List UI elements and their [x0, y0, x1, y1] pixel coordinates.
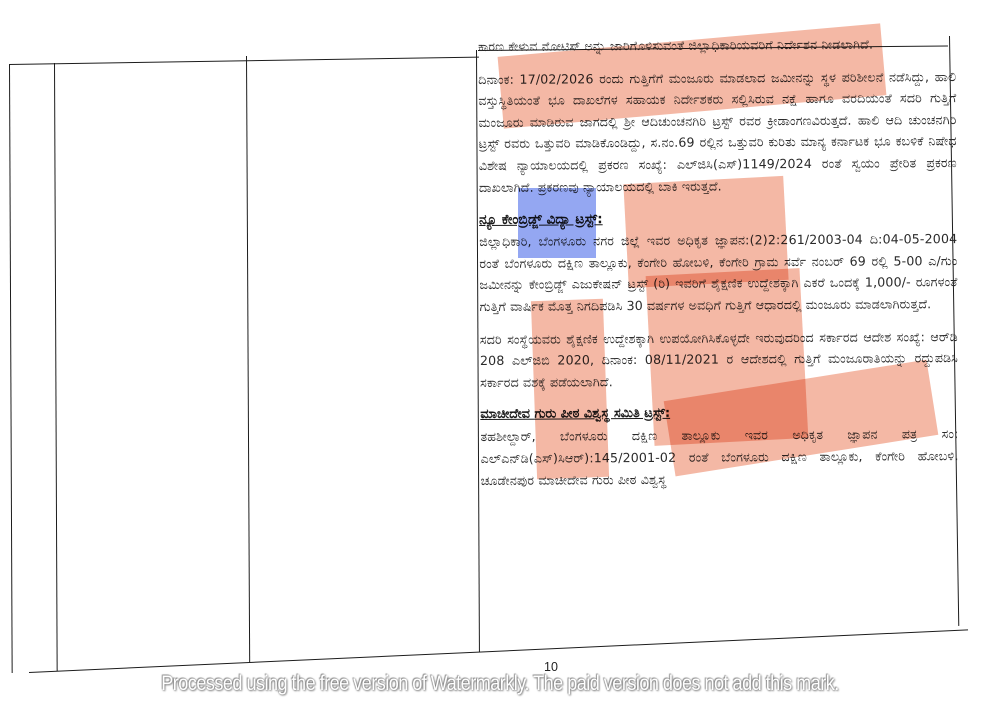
table-bottom-border	[29, 629, 968, 673]
redaction-highlight-blue	[518, 188, 596, 258]
watermark-text: Processed using the free version of Wate…	[70, 672, 930, 696]
table-column-line-3	[246, 56, 251, 662]
table-top-border-left	[9, 57, 479, 66]
redaction-highlight-left-column	[531, 299, 609, 479]
scanned-document-page: ಕಾರಣ ಕೇಳುವ ನೋಟಿಸ್ ಅನ್ನು ಜಾರಿಗೊಳಿಸುವಂತೆ ಜ…	[0, 0, 1000, 722]
table-column-line-1	[9, 64, 13, 673]
table-column-line-2	[54, 63, 58, 671]
